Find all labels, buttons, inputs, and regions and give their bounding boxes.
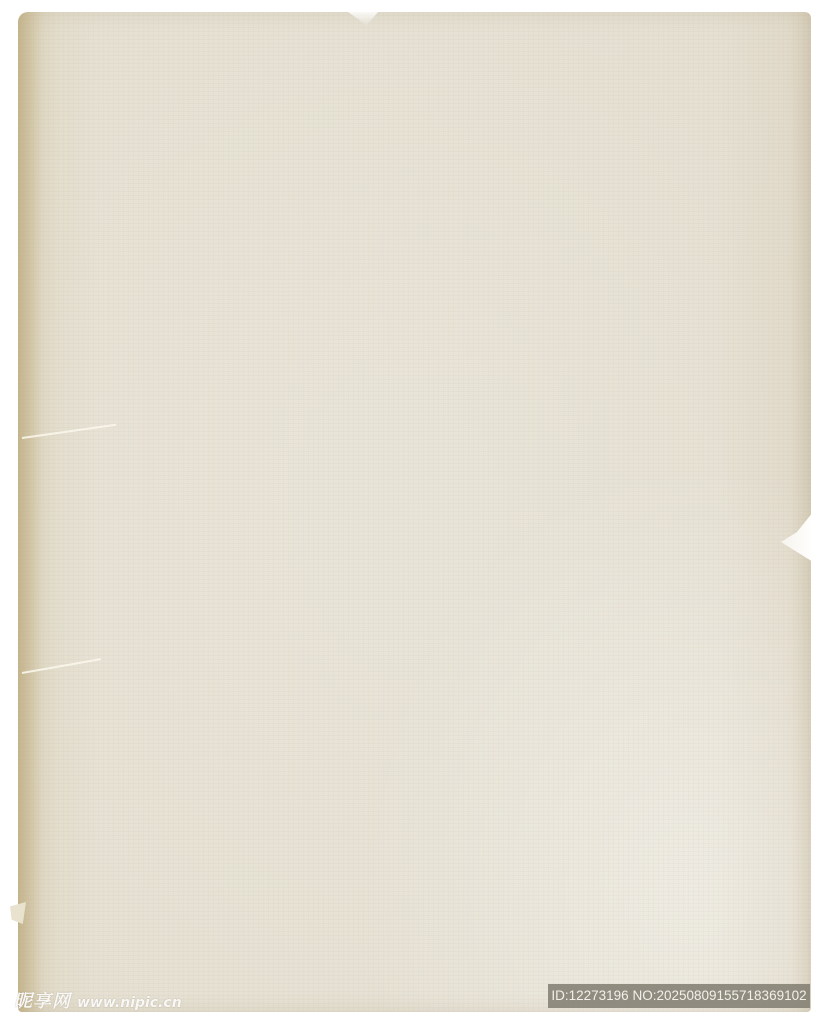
site-watermark: 昵享网 www.nipic.cn (14, 987, 182, 1013)
image-id-badge: ID:12273196 NO:20250809155718369102 (548, 984, 810, 1008)
aged-paper-sheet (18, 12, 811, 1012)
watermark-logo: 昵享网 (14, 987, 71, 1013)
paper-grain-texture (18, 12, 811, 1012)
watermark-url: www.nipic.cn (77, 995, 182, 1011)
image-canvas: 昵享网 www.nipic.cn ID:12273196 NO:20250809… (0, 0, 823, 1024)
left-edge-stain (18, 12, 44, 1012)
